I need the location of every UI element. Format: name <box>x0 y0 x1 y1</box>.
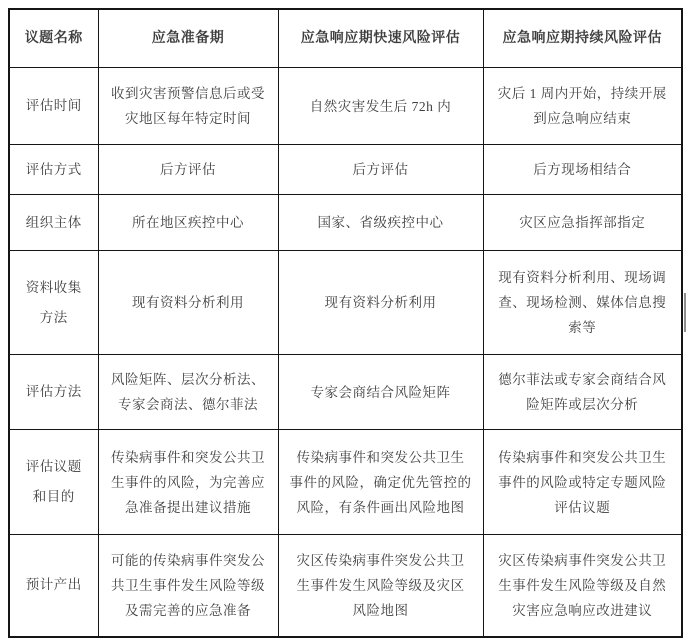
table-cell: 可能的传染病事件突发公 共卫生事件发生风险等级 及需完善的应急准备 <box>98 535 278 637</box>
table-cell: 传染病事件和突发公共卫生 事件的风险，确定优先管控的 风险，有条件画出风险地图 <box>278 430 483 535</box>
table-cell: 收到灾害预警信息后或受 灾地区每年特定时间 <box>98 68 278 145</box>
header-row: 议题名称 应急准备期 应急响应期快速风险评估 应急响应期持续风险评估 <box>9 9 682 68</box>
risk-assessment-table: 议题名称 应急准备期 应急响应期快速风险评估 应急响应期持续风险评估 评估时间收… <box>8 8 683 638</box>
table-row: 预计产出可能的传染病事件突发公 共卫生事件发生风险等级 及需完善的应急准备灾区传… <box>9 535 682 637</box>
scrollbar-thumb[interactable] <box>684 293 686 332</box>
table-cell: 现有资料分析利用 <box>278 251 483 355</box>
row-label: 评估时间 <box>9 68 98 145</box>
table-row: 评估议题 和目的传染病事件和突发公共卫 生事件的风险，为完善应 急准备提出建议措… <box>9 430 682 535</box>
row-label: 资料收集 方法 <box>9 251 98 355</box>
row-label: 组织主体 <box>9 195 98 251</box>
table-cell: 专家会商结合风险矩阵 <box>278 355 483 430</box>
table-cell: 灾后 1 周内开始，持续开展 到应急响应结束 <box>483 68 682 145</box>
row-label: 评估议题 和目的 <box>9 430 98 535</box>
table-cell: 德尔菲法或专家会商结合风 险矩阵或层次分析 <box>483 355 682 430</box>
table-cell: 所在地区疾控中心 <box>98 195 278 251</box>
header-cell-continuous-assessment: 应急响应期持续风险评估 <box>483 9 682 68</box>
header-cell-topic: 议题名称 <box>9 9 98 68</box>
table-cell: 传染病事件和突发公共卫生 事件的风险或特定专题风险 评估议题 <box>483 430 682 535</box>
table-row: 评估方式后方评估后方评估后方现场相结合 <box>9 145 682 195</box>
table-body: 评估时间收到灾害预警信息后或受 灾地区每年特定时间自然灾害发生后 72h 内灾后… <box>9 68 682 637</box>
table-cell: 传染病事件和突发公共卫 生事件的风险，为完善应 急准备提出建议措施 <box>98 430 278 535</box>
table-cell: 灾区传染病事件突发公共卫 生事件发生风险等级及灾区 风险地图 <box>278 535 483 637</box>
table-cell: 现有资料分析利用、现场调 查、现场检测、媒体信息搜 索等 <box>483 251 682 355</box>
row-label: 预计产出 <box>9 535 98 637</box>
table-row: 评估时间收到灾害预警信息后或受 灾地区每年特定时间自然灾害发生后 72h 内灾后… <box>9 68 682 145</box>
table-row: 组织主体所在地区疾控中心国家、省级疾控中心灾区应急指挥部指定 <box>9 195 682 251</box>
table-cell: 后方评估 <box>278 145 483 195</box>
table-cell: 自然灾害发生后 72h 内 <box>278 68 483 145</box>
table-row: 资料收集 方法现有资料分析利用现有资料分析利用现有资料分析利用、现场调 查、现场… <box>9 251 682 355</box>
table-row: 评估方法风险矩阵、层次分析法、 专家会商法、德尔菲法专家会商结合风险矩阵德尔菲法… <box>9 355 682 430</box>
row-label: 评估方法 <box>9 355 98 430</box>
table-cell: 后方现场相结合 <box>483 145 682 195</box>
header-cell-preparation: 应急准备期 <box>98 9 278 68</box>
header-cell-rapid-assessment: 应急响应期快速风险评估 <box>278 9 483 68</box>
table-cell: 国家、省级疾控中心 <box>278 195 483 251</box>
table-cell: 灾区传染病事件突发公共卫 生事件发生风险等级及自然 灾害应急响应改进建议 <box>483 535 682 637</box>
table-cell: 后方评估 <box>98 145 278 195</box>
table-cell: 风险矩阵、层次分析法、 专家会商法、德尔菲法 <box>98 355 278 430</box>
table-cell: 现有资料分析利用 <box>98 251 278 355</box>
row-label: 评估方式 <box>9 145 98 195</box>
table-cell: 灾区应急指挥部指定 <box>483 195 682 251</box>
